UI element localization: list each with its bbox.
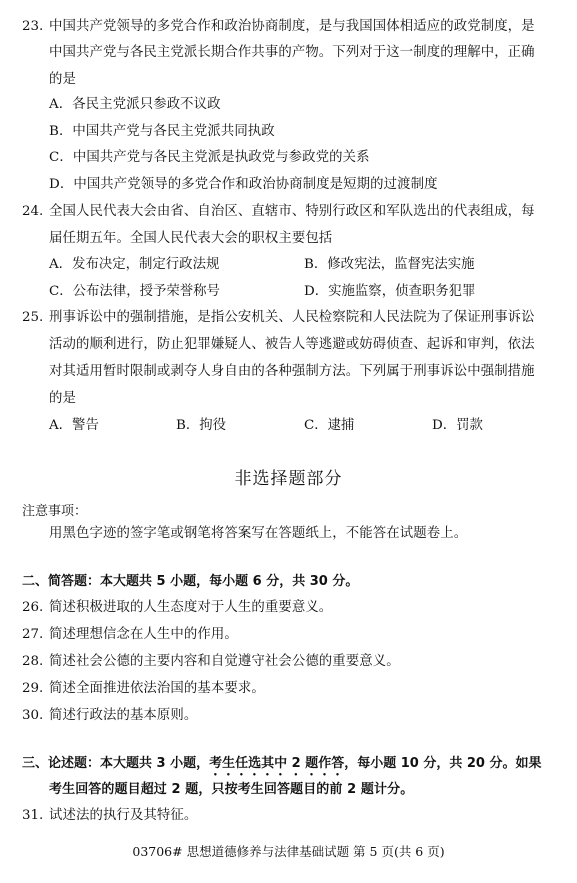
- question-text: 简述社会公德的主要内容和自觉遵守社会公德的重要意义。: [49, 652, 400, 672]
- question-number: 26.: [22, 598, 43, 618]
- question-number: 23.: [22, 17, 43, 37]
- question-text: 试述法的执行及其特征。: [49, 806, 197, 826]
- page-footer: 03706# 思想道德修养与法律基础试题 第 5 页(共 6 页): [0, 842, 577, 860]
- question-text: 简述行政法的基本原则。: [49, 706, 197, 726]
- question-text: 的是: [49, 70, 76, 90]
- section-title-prefix: 三、论述题：本大题共 3 小题，: [22, 756, 209, 771]
- option-c: C．逮捕: [304, 416, 354, 436]
- question-text: 刑事诉讼中的强制措施，是指公安机关、人民检察院和人民法院为了保证刑事诉讼: [49, 308, 535, 328]
- question-text: 简述理想信念在人生中的作用。: [49, 625, 238, 645]
- section-title-continued: 考生回答的题目超过 2 题，只按考生回答题目的前 2 题计分。: [49, 780, 413, 800]
- option-text: C．中国共产党与各民主党派是执政党与参政党的关系: [49, 148, 370, 168]
- option-text: D．中国共产党领导的多党合作和政治协商制度是短期的过渡制度: [49, 175, 438, 195]
- option-a: A．警告: [49, 416, 99, 436]
- option-a: A．发布决定，制定行政法规: [49, 255, 219, 275]
- question-text: 届任期五年。全国人民代表大会的职权主要包括: [49, 229, 332, 249]
- option-b: B．拘役: [176, 416, 226, 436]
- question-text: 中国共产党与各民主党派长期合作共事的产物。下列对于这一制度的理解中，正确: [49, 43, 535, 63]
- option-text: B．中国共产党与各民主党派共同执政: [49, 122, 275, 142]
- option-d: D．实施监察，侦查职务犯罪: [304, 282, 475, 302]
- option-d: D．罚款: [432, 416, 483, 436]
- question-number: 24.: [22, 202, 43, 222]
- notice-text: 用黑色字迹的签字笔或钢笔将答案写在答题纸上，不能答在试题卷上。: [49, 524, 467, 544]
- section-title-suffix: ，每小题 10 分，共 20 分。如果: [344, 756, 541, 771]
- question-number: 29.: [22, 679, 43, 699]
- question-text: 活动的顺利进行，防止犯罪嫌疑人、被告人等逃避或妨碍侦查、起诉和审判，依法: [49, 335, 535, 355]
- question-number: 28.: [22, 652, 43, 672]
- question-number: 25.: [22, 308, 43, 328]
- notice-label: 注意事项：: [22, 500, 87, 519]
- section-title: 三、论述题：本大题共 3 小题，考生任选其中 2 题作答，每小题 10 分，共 …: [22, 754, 542, 779]
- question-number: 31.: [22, 806, 43, 826]
- option-text: A．各民主党派只参政不议政: [49, 95, 221, 115]
- option-b: B．修改宪法，监督宪法实施: [304, 255, 475, 275]
- question-text: 中国共产党领导的多党合作和政治协商制度，是与我国国体相适应的政党制度，是: [49, 17, 535, 37]
- section-title: 二、简答题：本大题共 5 小题，每小题 6 分，共 30 分。: [22, 572, 358, 592]
- section-title-emphasis: 考生任选其中 2 题作答: [209, 756, 344, 771]
- question-text: 对其适用暂时限制或剥夺人身自由的各种强制方法。下列属于刑事诉讼中强制措施: [49, 362, 535, 382]
- option-c: C．公布法律，授予荣誉称号: [49, 282, 220, 302]
- question-number: 30.: [22, 706, 43, 726]
- question-text: 简述积极进取的人生态度对于人生的重要意义。: [49, 598, 332, 618]
- part-heading: 非选择题部分: [0, 464, 577, 489]
- question-text: 全国人民代表大会由省、自治区、直辖市、特别行政区和军队选出的代表组成，每: [49, 202, 535, 222]
- question-number: 27.: [22, 625, 43, 645]
- question-text: 简述全面推进依法治国的基本要求。: [49, 679, 265, 699]
- question-text: 的是: [49, 389, 76, 409]
